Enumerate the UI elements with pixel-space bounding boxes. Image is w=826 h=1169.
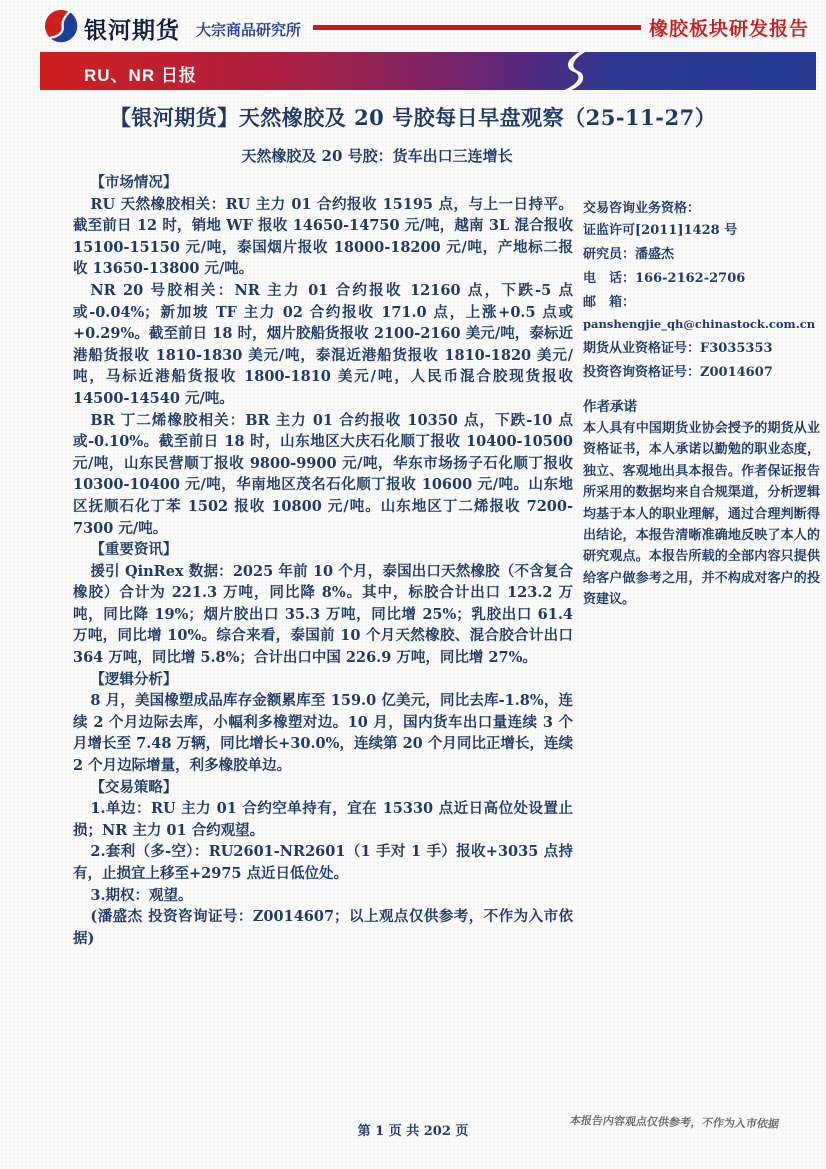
author-promise-text: 本人具有中国期货业协会授予的期货从业资格证书，本人承诺以勤勉的职业态度，独立、客… [583, 418, 820, 611]
researcher-value: 潘盛杰 [635, 247, 674, 262]
section-heading-logic: 【逻辑分析】 [73, 669, 573, 691]
galaxy-logo-icon [44, 9, 78, 43]
practice-cert-line: 期货从业资格证号：F3035353 [583, 336, 820, 360]
report-banner: RU、NR 日报 [40, 52, 816, 90]
practice-cert-label: 期货从业资格证号： [583, 340, 700, 355]
researcher-line: 研究员：潘盛杰 [583, 242, 820, 266]
advisory-cert-line: 投资咨询资格证号：Z0014607 [583, 360, 820, 384]
phone-value: 166-2162-2706 [635, 271, 745, 286]
paragraph-author-note: (潘盛杰 投资咨询证号：Z0014607；以上观点仅供参考，不作为入市依据) [73, 906, 573, 949]
paragraph-strategy-unilateral: 1.单边：RU 主力 01 合约空单持有，宜在 15330 点近日高位处设置止损… [73, 798, 573, 841]
email-label: 邮 箱： [583, 290, 820, 313]
advisory-cert-label: 投资咨询资格证号： [583, 364, 700, 379]
paragraph-logic: 8 月，美国橡塑成品库存金额累库至 159.0 亿美元，同比去库-1.8%，连续… [73, 690, 573, 776]
swoosh-icon [558, 52, 586, 90]
section-heading-news: 【重要资讯】 [73, 539, 573, 561]
brand-name: 银河期货 [84, 12, 180, 45]
report-series-tag: 橡胶板块研发报告 [649, 14, 809, 41]
paragraph-nr: NR 20 号胶相关：NR 主力 01 合约报收 12160 点，下跌-5 点或… [73, 280, 573, 410]
analyst-sidebar: 交易咨询业务资格： 证监许可[2011]1428 号 研究员：潘盛杰 电 话：1… [583, 196, 820, 611]
banner-title: RU、NR 日报 [84, 61, 197, 86]
author-promise-title: 作者承诺 [583, 396, 820, 418]
qualification-value: 证监许可[2011]1428 号 [583, 219, 820, 242]
qualification-label: 交易咨询业务资格： [583, 196, 820, 219]
section-heading-strategy: 【交易策略】 [73, 777, 573, 799]
paragraph-strategy-options: 3.期权：观望。 [73, 885, 573, 907]
phone-label: 电 话： [583, 270, 635, 285]
practice-cert-value: F3035353 [700, 341, 773, 356]
page-subtitle: 天然橡胶及 20 号胶：货车出口三连增长 [0, 145, 754, 166]
paragraph-br: BR 丁二烯橡胶相关：BR 主力 01 合约报收 10350 点，下跌-10 点… [73, 410, 573, 540]
report-body: 【市场情况】 RU 天然橡胶相关：RU 主力 01 合约报收 15195 点，与… [73, 172, 573, 949]
department-name: 大宗商品研究所 [196, 19, 301, 40]
header-divider-rule [313, 25, 641, 30]
researcher-label: 研究员： [583, 246, 635, 261]
report-page: 银河期货 大宗商品研究所 橡胶板块研发报告 RU、NR 日报 【银河期货】天然橡… [0, 0, 826, 1169]
page-title: 【银河期货】天然橡胶及 20 号胶每日早盘观察（25-11-27） [0, 102, 826, 132]
paragraph-news: 援引 QinRex 数据：2025 年前 10 个月，泰国出口天然橡胶（不含复合… [73, 561, 573, 669]
paragraph-ru: RU 天然橡胶相关：RU 主力 01 合约报收 15195 点，与上一日持平。截… [73, 194, 573, 280]
paragraph-strategy-arbitrage: 2.套利（多-空）：RU2601-NR2601（1 手对 1 手）报收+3035… [73, 841, 573, 884]
phone-line: 电 话：166-2162-2706 [583, 266, 820, 290]
section-heading-market: 【市场情况】 [73, 172, 573, 194]
advisory-cert-value: Z0014607 [700, 365, 773, 380]
email-value: panshengjie_qh@chinastock.com.cn [583, 313, 820, 336]
